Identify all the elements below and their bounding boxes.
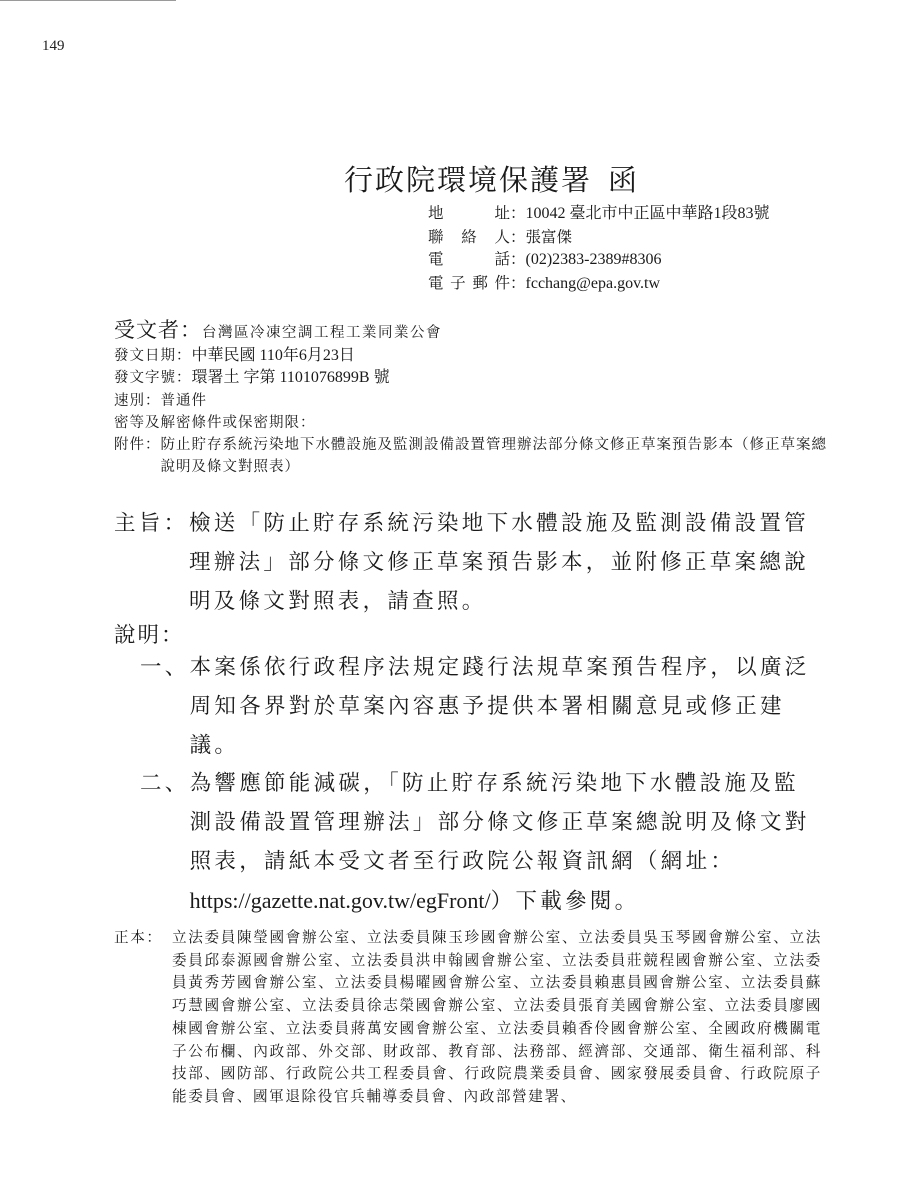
- contact-value: (02)2383-2389#8306: [526, 251, 662, 268]
- recipient-label: 受文者：: [114, 318, 202, 342]
- copies-list: 立法委員陳瑩國會辦公室、立法委員陳玉珍國會辦公室、立法委員吳玉琴國會辦公室、立法…: [172, 927, 822, 1109]
- gazette-url-link[interactable]: https://gazette.nat.gov.tw/egFront/: [190, 888, 491, 913]
- contact-label: 電話: [428, 248, 510, 271]
- item-text: 為響應節能減碳，「防止貯存系統污染地下水體設施及監測設備設置管理辦法」部分條文修…: [190, 764, 810, 921]
- page-number: 149: [42, 38, 65, 55]
- copies-label: 正本：: [114, 927, 172, 1109]
- item-text-before-url: 為響應節能減碳，「防止貯存系統污染地下水體設施及監測設備設置管理辦法」部分條文修…: [190, 771, 810, 874]
- subject-text: 檢送「防止貯存系統污染地下水體設施及監測設備設置管理辦法」部分條文修正草案預告影…: [189, 504, 829, 621]
- contact-person: 聯絡人：張富傑: [428, 226, 770, 249]
- item-text: 本案係依行政程序法規定踐行法規草案預告程序，以廣泛周知各界對於草案內容惠予提供本…: [190, 648, 810, 765]
- speed-value: 普通件: [161, 393, 208, 409]
- contact-value: 10042 臺北市中正區中華路1段83號: [526, 205, 770, 222]
- subject: 主旨： 檢送「防止貯存系統污染地下水體設施及監測設備設置管理辦法」部分條文修正草…: [114, 504, 829, 621]
- contact-label: 電子郵件: [428, 272, 510, 295]
- scan-top-line: [0, 0, 176, 1]
- reference-value: 環署土 字第 1101076899B 號: [192, 369, 390, 386]
- recipient-value: 台灣區冷凍空調工程工業同業公會: [202, 325, 442, 341]
- document-type: 函: [608, 163, 639, 197]
- contact-value: fcchang@epa.gov.tw: [526, 275, 661, 292]
- issue-date-label: 發文日期：: [114, 348, 192, 364]
- recipient: 受文者：台灣區冷凍空調工程工業同業公會: [114, 314, 442, 344]
- item-number: 二、: [140, 764, 190, 921]
- item-text-after-url: ）下載參閱。: [491, 889, 640, 914]
- explanation-label: 說明：: [114, 618, 185, 649]
- contact-address: 地址：10042 臺北市中正區中華路1段83號: [428, 202, 770, 226]
- secrecy-level: 密等及解密條件或保密期限：: [114, 412, 829, 434]
- explanation-item-2: 二、 為響應節能減碳，「防止貯存系統污染地下水體設施及監測設備設置管理辦法」部分…: [140, 764, 810, 921]
- attachment-label: 附件：: [114, 434, 161, 479]
- document-meta: 發文日期：中華民國 110年6月23日 發文字號：環署土 字第 11010768…: [114, 345, 829, 479]
- issuing-agency: 行政院環境保護署: [344, 163, 592, 197]
- reference-number: 發文字號：環署土 字第 1101076899B 號: [114, 367, 829, 389]
- contact-email: 電子郵件：fcchang@epa.gov.tw: [428, 272, 770, 296]
- attachment-value: 防止貯存系統污染地下水體設施及監測設備設置管理辦法部分條文修正草案預告影本（修正…: [161, 434, 829, 479]
- document-title: 行政院環境保護署函: [344, 158, 639, 199]
- primary-recipients: 正本： 立法委員陳瑩國會辦公室、立法委員陳玉珍國會辦公室、立法委員吳玉琴國會辦公…: [114, 927, 822, 1109]
- subject-label: 主旨：: [114, 504, 189, 621]
- contact-block: 地址：10042 臺北市中正區中華路1段83號 聯絡人：張富傑 電話：(02)2…: [428, 202, 770, 295]
- contact-value: 張富傑: [526, 228, 573, 246]
- issue-date-value: 中華民國 110年6月23日: [192, 347, 355, 364]
- explanation-item-1: 一、 本案係依行政程序法規定踐行法規草案預告程序，以廣泛周知各界對於草案內容惠予…: [140, 648, 810, 765]
- item-number: 一、: [140, 648, 190, 765]
- contact-label: 地址: [428, 202, 510, 225]
- speed-label: 速別：: [114, 393, 161, 409]
- delivery-speed: 速別：普通件: [114, 390, 829, 412]
- reference-label: 發文字號：: [114, 370, 192, 386]
- contact-label: 聯絡人: [428, 226, 510, 249]
- contact-phone: 電話：(02)2383-2389#8306: [428, 248, 770, 272]
- attachment: 附件：防止貯存系統污染地下水體設施及監測設備設置管理辦法部分條文修正草案預告影本…: [114, 434, 829, 479]
- secrecy-label: 密等及解密條件或保密期限：: [114, 415, 316, 431]
- issue-date: 發文日期：中華民國 110年6月23日: [114, 345, 829, 367]
